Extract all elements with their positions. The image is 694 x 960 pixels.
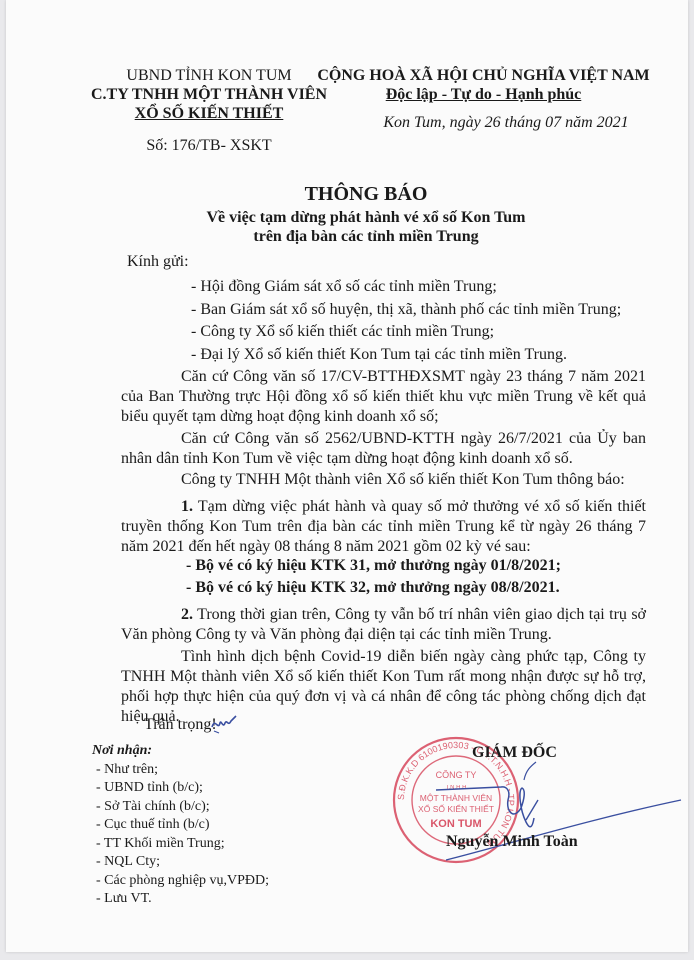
signer-name: Nguyễn Minh Toàn <box>446 833 578 851</box>
addressee-item: - Đại lý Xổ số kiến thiết Kon Tum tại cá… <box>191 344 621 367</box>
document-date: Kon Tum, ngày 26 tháng 07 năm 2021 <box>356 114 656 132</box>
addressees-label: Kính gửi: <box>127 253 189 271</box>
addressee-item: - Hội đồng Giám sát xổ số các tỉnh miền … <box>191 276 621 299</box>
issuer-authority: UBND TỈNH KON TUM <box>84 66 334 85</box>
paragraph-item-2: 2. Trong thời gian trên, Công ty vẫn bố … <box>121 605 646 645</box>
national-title: CỘNG HOÀ XÃ HỘI CHỦ NGHĨA VIỆT NAM <box>306 66 661 85</box>
issuer-header: UBND TỈNH KON TUM C.TY TNHH MỘT THÀNH VI… <box>84 66 334 123</box>
paragraph-basis-2: Căn cứ Công văn số 2562/UBND-KTTH ngày 2… <box>121 429 646 469</box>
recipient-item: - Các phòng nghiệp vụ,VPĐD; <box>92 872 269 891</box>
addressees-list: - Hội đồng Giám sát xổ số các tỉnh miền … <box>191 276 621 366</box>
paragraph-covid: Tình hình dịch bệnh Covid-19 diễn biến n… <box>121 647 646 727</box>
recipient-item: - Lưu VT. <box>92 890 269 909</box>
document-number: Số: 176/TB- XSKT <box>84 137 334 155</box>
issuer-company-name: XỔ SỐ KIẾN THIẾT <box>84 104 334 123</box>
paragraph-basis-1: Căn cứ Công văn số 17/CV-BTTHĐXSMT ngày … <box>121 367 646 427</box>
document-title: THÔNG BÁO <box>106 183 626 206</box>
addressee-item: - Ban Giám sát xổ số huyện, thị xã, thàn… <box>191 299 621 322</box>
recipient-item: - Cục thuế tỉnh (b/c) <box>92 816 269 835</box>
paragraph-item-1: 1. Tạm dừng việc phát hành và quay số mở… <box>121 497 646 557</box>
recipient-item: - TT Khối miền Trung; <box>92 835 269 854</box>
addressee-item: - Công ty Xổ số kiến thiết các tỉnh miền… <box>191 321 621 344</box>
issuer-company-type: C.TY TNHH MỘT THÀNH VIÊN <box>84 85 334 104</box>
recipients-label: Nơi nhận: <box>92 742 269 761</box>
closing-remark: Trân trọng! <box>144 716 217 734</box>
initials-mark <box>209 713 239 735</box>
recipient-item: - Như trên; <box>92 761 269 780</box>
paragraph-announce: Công ty TNHH Một thành viên Xổ số kiến t… <box>121 470 646 490</box>
recipient-item: - Sở Tài chính (b/c); <box>92 798 269 817</box>
national-motto: Độc lập - Tự do - Hạnh phúc <box>306 85 661 104</box>
document-page: UBND TỈNH KON TUM C.TY TNHH MỘT THÀNH VI… <box>6 0 688 952</box>
recipient-item: - NQL Cty; <box>92 853 269 872</box>
national-header: CỘNG HOÀ XÃ HỘI CHỦ NGHĨA VIỆT NAM Độc l… <box>306 66 661 104</box>
ticket-series-2: - Bộ vé có ký hiệu KTK 32, mở thưởng ngà… <box>186 579 560 597</box>
recipients-block: Nơi nhận: - Như trên; - UBND tỉnh (b/c);… <box>92 742 269 909</box>
document-subject: Về việc tạm dừng phát hành vé xổ số Kon … <box>106 208 626 246</box>
handwritten-signature <box>426 760 686 870</box>
recipient-item: - UBND tỉnh (b/c); <box>92 779 269 798</box>
ticket-series-1: - Bộ vé có ký hiệu KTK 31, mở thưởng ngà… <box>186 557 561 575</box>
